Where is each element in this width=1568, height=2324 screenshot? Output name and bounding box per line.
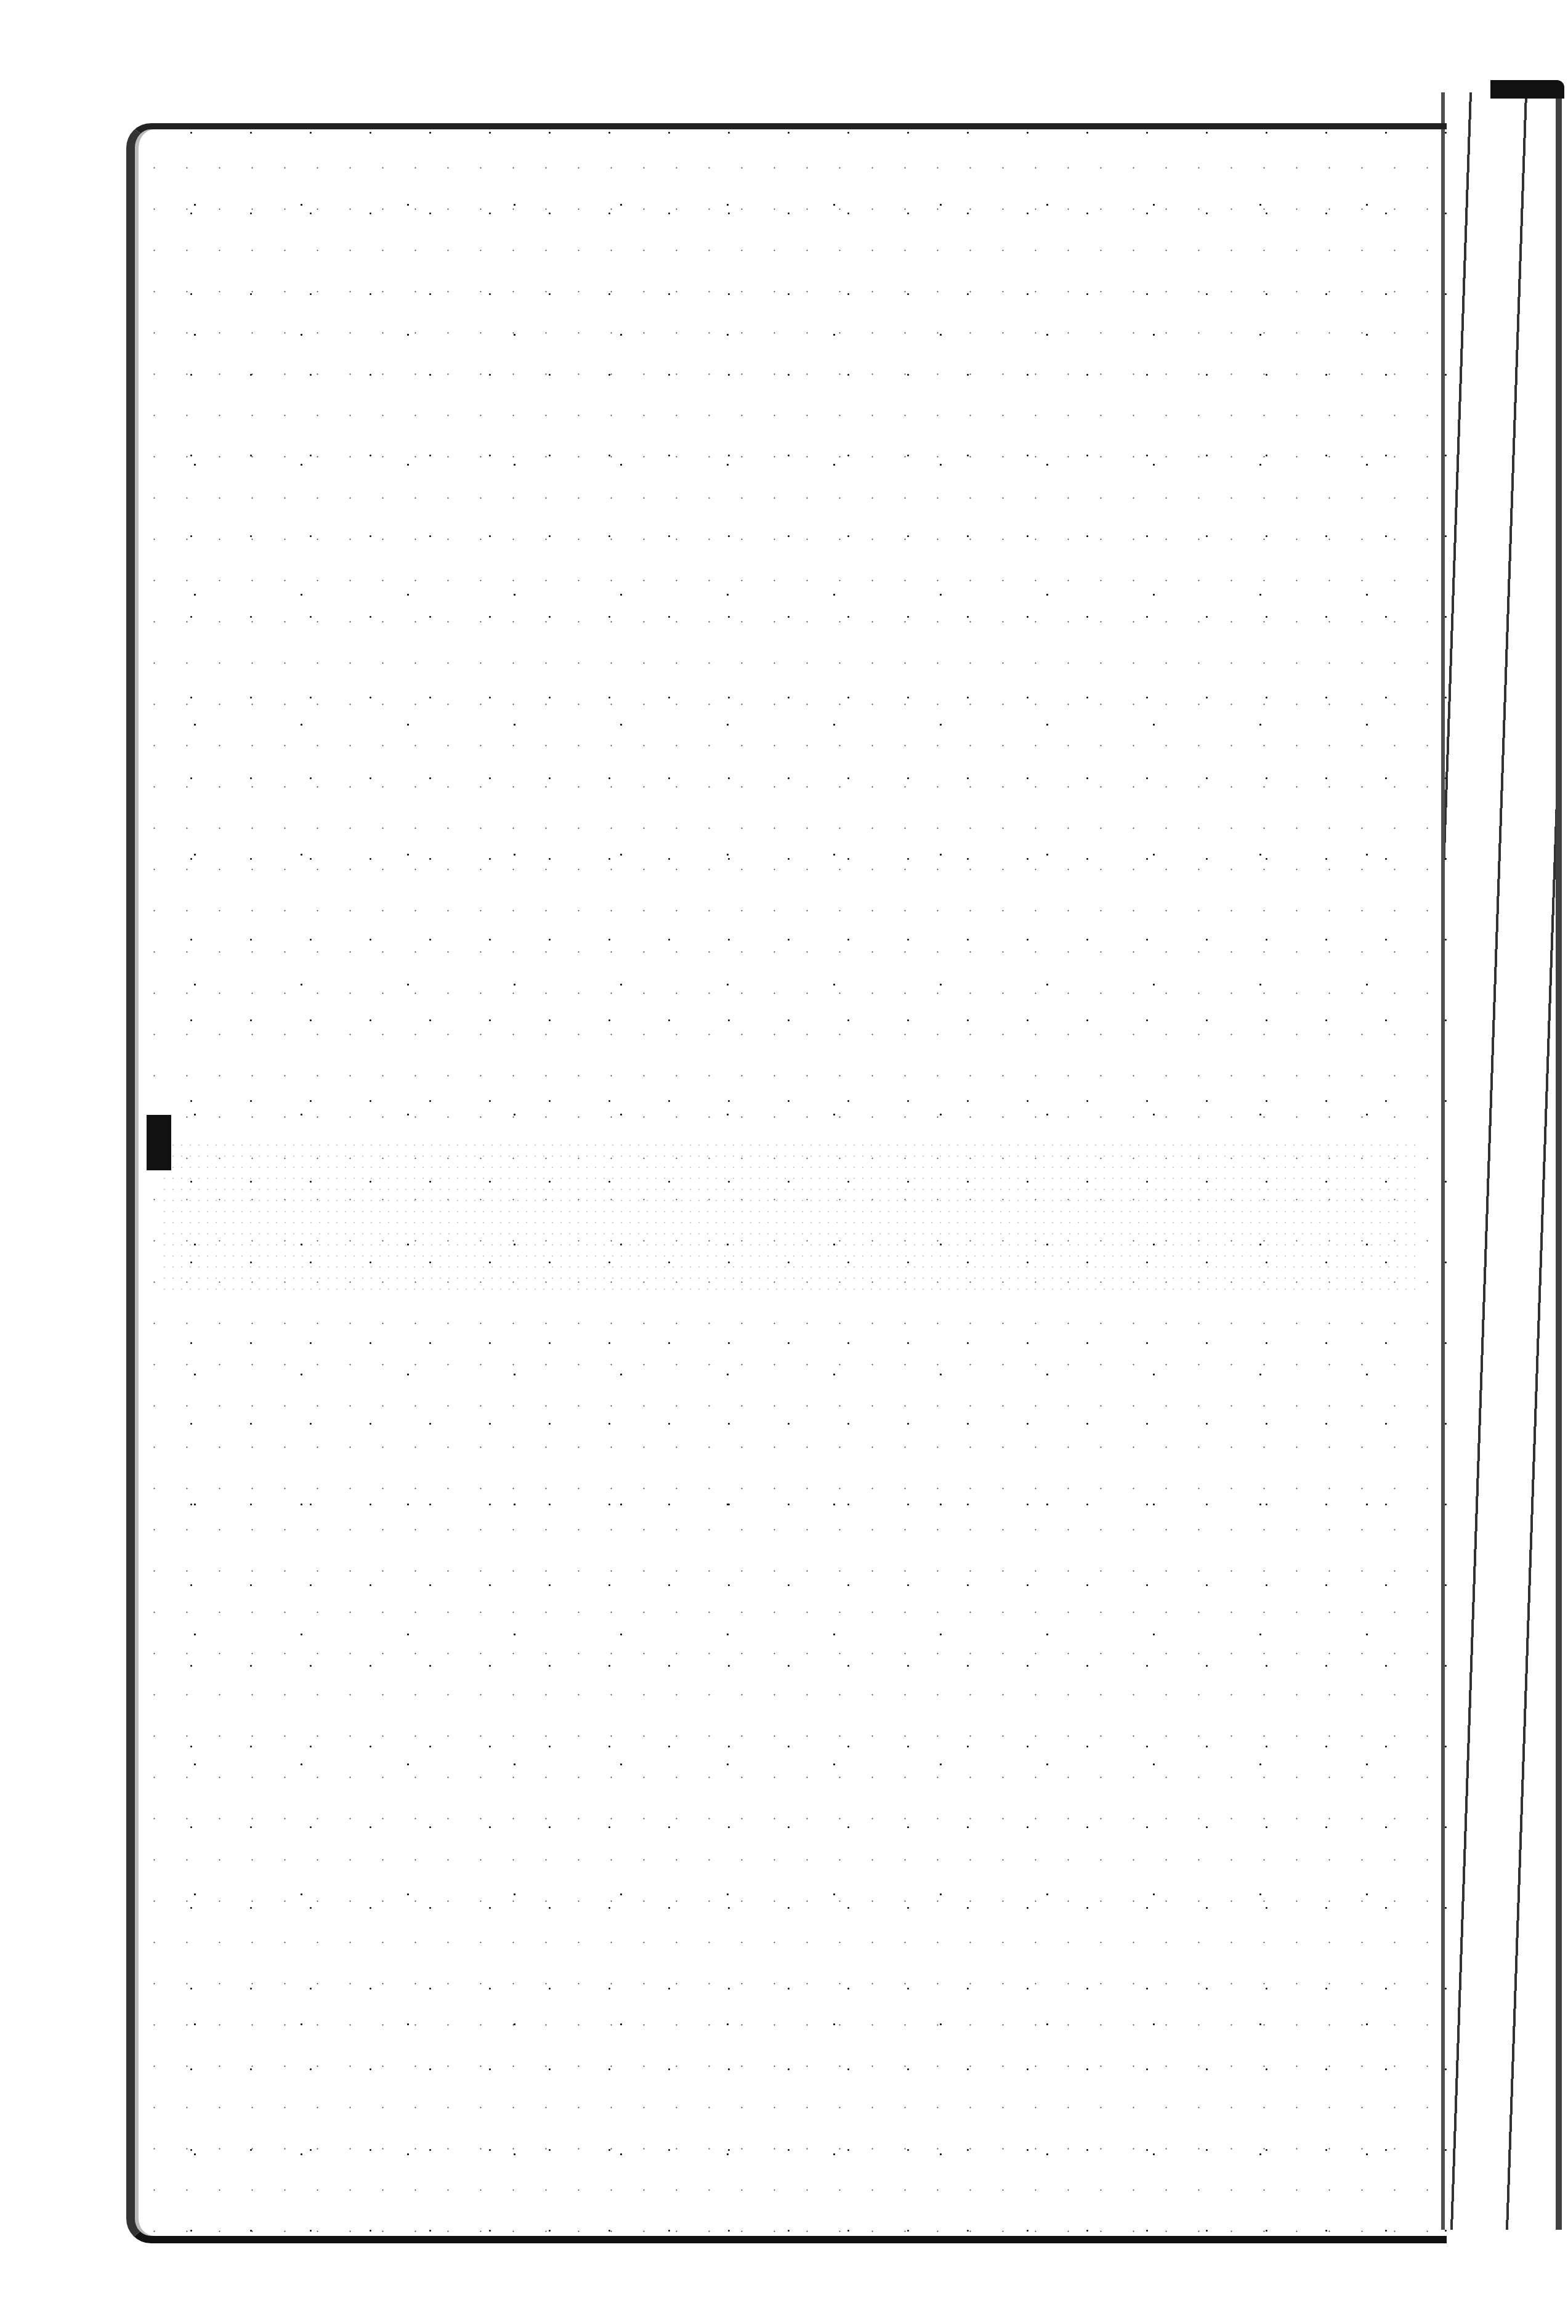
page-edge-mark: [147, 1115, 171, 1170]
spine-cap: [1490, 80, 1564, 99]
bleed-through-noise: [160, 1140, 1423, 1300]
book-spine: [1441, 92, 1562, 2230]
